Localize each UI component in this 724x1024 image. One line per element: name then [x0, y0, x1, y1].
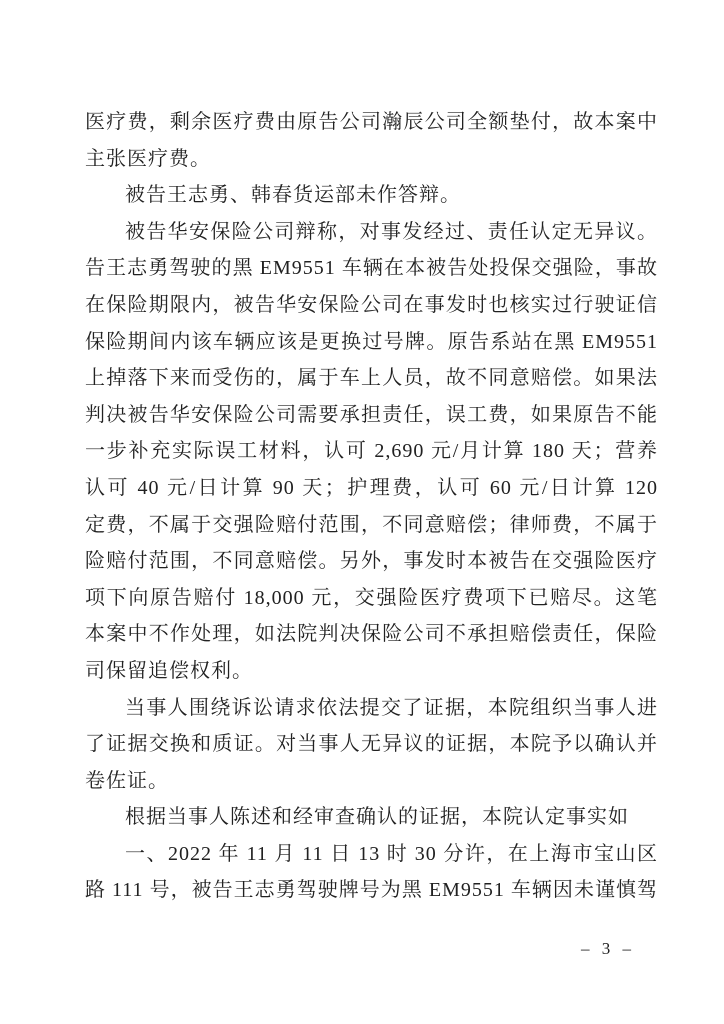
text-line: 告王志勇驾驶的黑 EM9551 车辆在本被告处投保交强险，事故发生: [85, 250, 658, 287]
text-line: 项下向原告赔付 18,000 元，交强险医疗费项下已赔尽。这笔费用: [85, 580, 658, 617]
text-line: 了证据交换和质证。对当事人无异议的证据，本院予以确认并在: [85, 726, 658, 763]
text-line: 险赔付范围，不同意赔偿。另外，事发时本被告在交强险医疗费: [85, 543, 658, 580]
text-line: 在保险期限内，被告华安保险公司在事发时也核实过行驶证信息，: [85, 287, 658, 324]
text-line: 卷佐证。: [85, 763, 658, 800]
page-number: – 3 –: [558, 936, 658, 962]
text-line: 司保留追偿权利。: [85, 653, 658, 690]
text-line: 一步补充实际误工材料，认可 2,690 元/月计算 180 天；营养费，: [85, 433, 658, 470]
document-body: 医疗费，剩余医疗费由原告公司瀚辰公司全额垫付，故本案中不主张医疗费。被告王志勇、…: [85, 104, 658, 909]
text-line: 判决被告华安保险公司需要承担责任，误工费，如果原告不能进: [85, 397, 658, 434]
text-line: 被告王志勇、韩春货运部未作答辩。: [85, 177, 658, 214]
text-line: 医疗费，剩余医疗费由原告公司瀚辰公司全额垫付，故本案中不: [85, 104, 658, 141]
text-line: 本案中不作处理，如法院判决保险公司不承担赔偿责任，保险公: [85, 616, 658, 653]
text-line: 被告华安保险公司辩称，对事发经过、责任认定无异议。被: [85, 214, 658, 251]
document-page: 医疗费，剩余医疗费由原告公司瀚辰公司全额垫付，故本案中不主张医疗费。被告王志勇、…: [0, 0, 724, 1024]
text-line: 路 111 号，被告王志勇驾驶牌号为黑 EM9551 车辆因未谨慎驾驶，: [85, 872, 658, 909]
text-line: 当事人围绕诉讼请求依法提交了证据，本院组织当事人进行: [85, 690, 658, 727]
text-line: 上掉落下来而受伤的，属于车上人员，故不同意赔偿。如果法院: [85, 360, 658, 397]
text-line: 主张医疗费。: [85, 141, 658, 178]
text-line: 根据当事人陈述和经审查确认的证据，本院认定事实如下：: [85, 799, 658, 836]
text-line: 一、2022 年 11 月 11 日 13 时 30 分许，在上海市宝山区飞乐: [85, 836, 658, 873]
text-line: 保险期间内该车辆应该是更换过号牌。原告系站在黑 EM9551 车辆: [85, 324, 658, 361]
text-line: 定费，不属于交强险赔付范围，不同意赔偿；律师费，不属于保: [85, 507, 658, 544]
text-line: 认可 40 元/日计算 90 天；护理费，认可 60 元/日计算 120 天；鉴: [85, 470, 658, 507]
